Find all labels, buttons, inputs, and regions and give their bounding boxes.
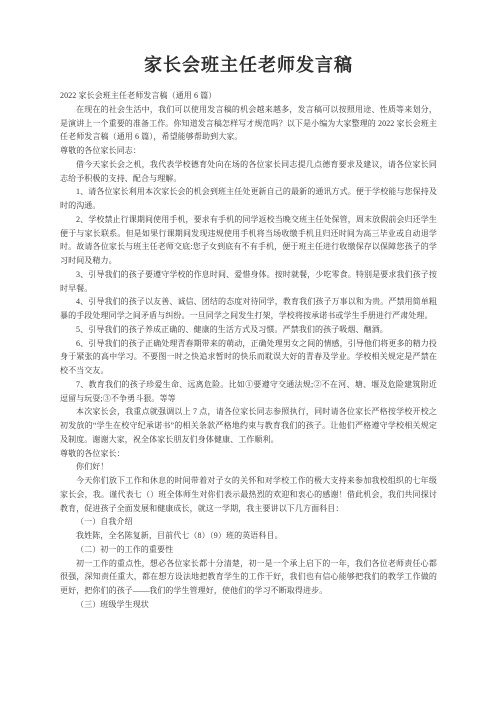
paragraph: 在现在的社会生活中，我们可以使用发言稿的机会越来越多，发言稿可以按照用途、性质等… bbox=[60, 103, 437, 144]
paragraph: 3、引导我们的孩子要遵守学校的作息时间、爱惜身体。按时就餐，少吃零食。特别是要求… bbox=[60, 268, 437, 296]
paragraph: 尊敬的各位家长同志： bbox=[60, 144, 437, 158]
document-title: 家长会班主任老师发言稿 bbox=[60, 52, 437, 78]
paragraph: （二）初一的工作的重要性 bbox=[60, 543, 437, 557]
paragraph: 5、引导我们的孩子养成正确的、健康的生活方式及习惯。严禁我们的孩子吸烟、酗酒。 bbox=[60, 323, 437, 337]
paragraph: 2、学校禁止行课期间使用手机，要求有手机的同学返校当晚交班主任处保管，周末放假前… bbox=[60, 213, 437, 268]
paragraph: 尊敬的各位家长： bbox=[60, 447, 437, 461]
paragraph: 初一工作的重点性，想必各位家长都十分清楚，初一是一个承上启下的一年，我们各位老师… bbox=[60, 557, 437, 598]
document-body: 2022 家长会班主任老师发言稿（通用 6 篇）在现在的社会生活中，我们可以使用… bbox=[60, 89, 437, 612]
paragraph: 你们好！ bbox=[60, 460, 437, 474]
paragraph: 7、教育我们的孩子珍爱生命、远离危险。比如①要遵守交通法规;②不在河、塘、堰及危… bbox=[60, 378, 437, 406]
paragraph: 1、请各位家长利用本次家长会的机会到班主任处更新自己的最新的通讯方式。便于学校能… bbox=[60, 185, 437, 213]
paragraph: 6、引导我们的孩子正确处理青春期带来的萌动，正确处理男女之间的情感，引导他们将更… bbox=[60, 337, 437, 378]
document-page: 家长会班主任老师发言稿 2022 家长会班主任老师发言稿（通用 6 篇）在现在的… bbox=[0, 0, 496, 612]
paragraph: 我姓陈，全名陈复新，目前代七（8）（9）班的英语科目。 bbox=[60, 529, 437, 543]
paragraph: 4、引导我们的孩子以友善、诚信、团结的态度对待同学，教育我们孩子万事以和为贵。严… bbox=[60, 295, 437, 323]
paragraph: 本次家长会，我重点就强调以上 7 点，请各位家长同志参照执行，同时请各位家长严格… bbox=[60, 405, 437, 446]
paragraph: （三）班级学生现状 bbox=[60, 598, 437, 612]
paragraph: （一）自我介绍 bbox=[60, 515, 437, 529]
paragraph: 借今天家长会之机，我代表学校德育处向在场的各位家长同志提几点德育要求及建议，请各… bbox=[60, 158, 437, 186]
paragraph: 2022 家长会班主任老师发言稿（通用 6 篇） bbox=[60, 89, 437, 103]
document-viewport: 家长会班主任老师发言稿 2022 家长会班主任老师发言稿（通用 6 篇）在现在的… bbox=[0, 0, 496, 702]
paragraph: 今天你们放下工作和休息的时间带着对子女的关怀和对学校工作的极大支持来参加我校组织… bbox=[60, 474, 437, 515]
